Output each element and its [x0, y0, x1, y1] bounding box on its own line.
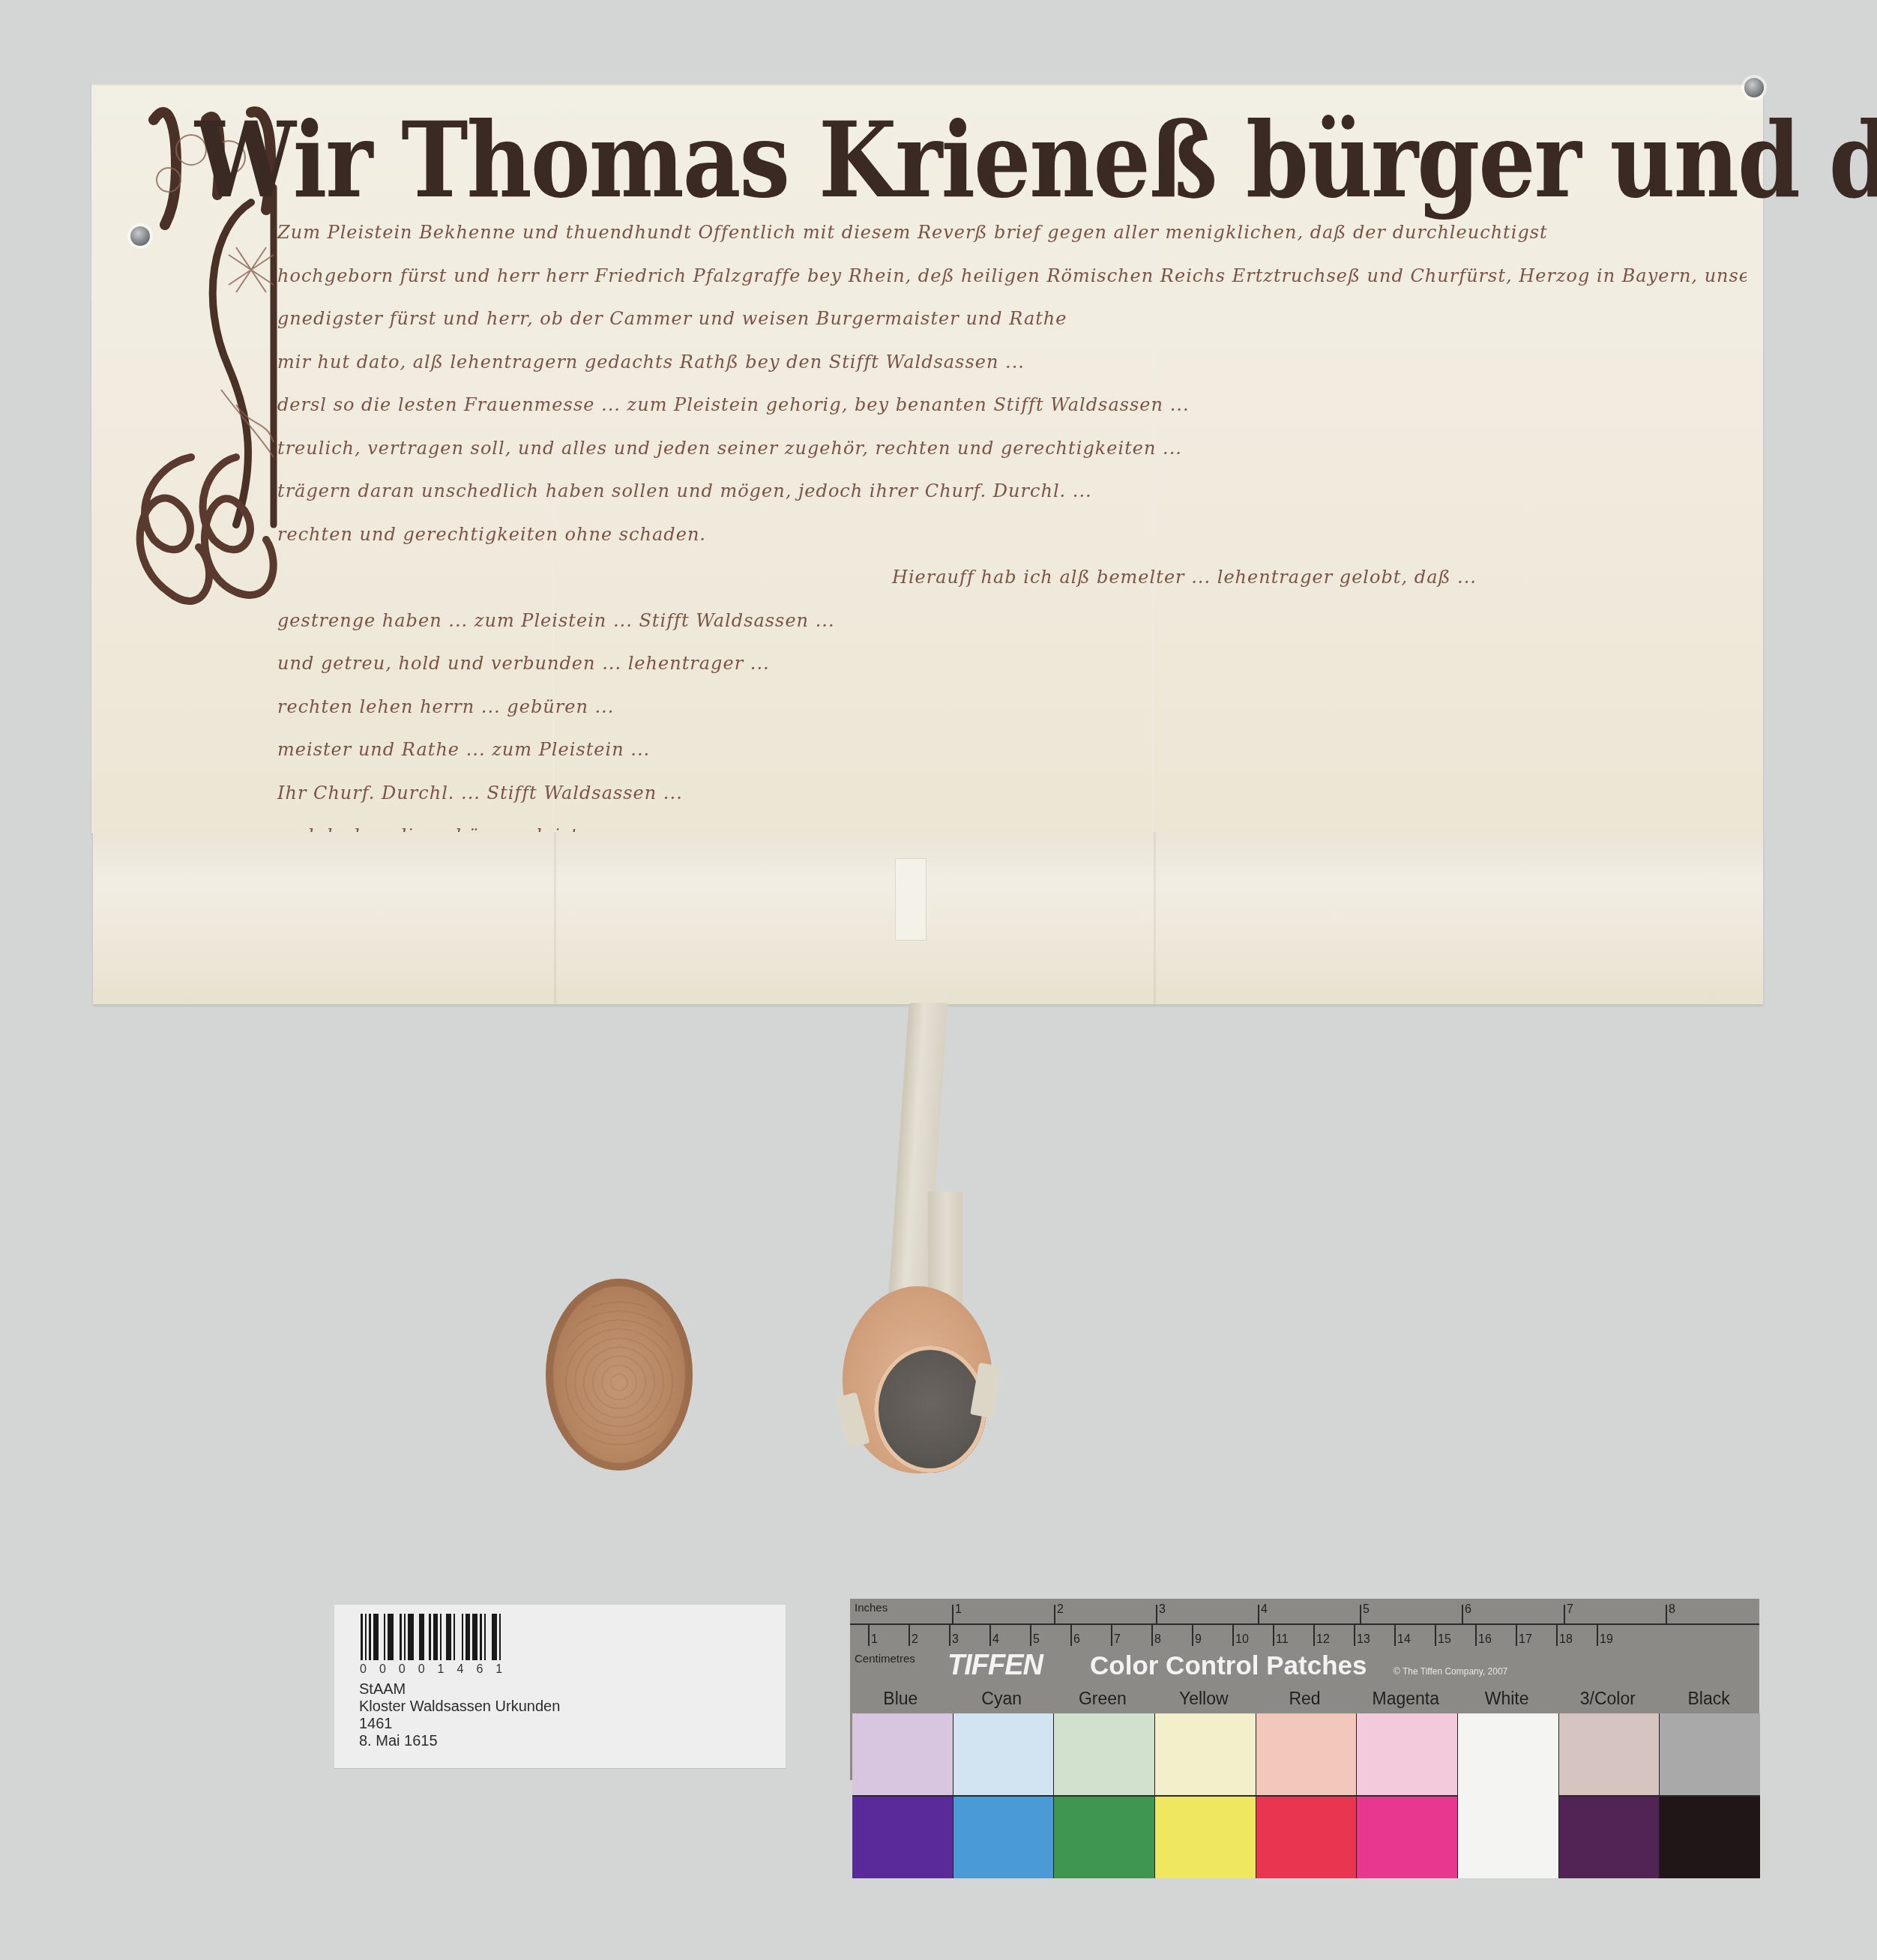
text-line: hochgeborn fürst und herr herr Friedrich…	[277, 255, 1747, 298]
inches-label: Inches	[855, 1602, 888, 1614]
patch-cyan	[953, 1713, 1055, 1878]
text-line: gestrenge haben ... zum Pleistein ... St…	[277, 600, 1747, 643]
patch-black	[1660, 1713, 1760, 1878]
text-line: rechten und gerechtigkeiten ohne schaden…	[277, 513, 1747, 557]
text-line: treulich, vertragen soll, und alles und …	[277, 427, 1747, 471]
archive-label: 00001461 StAAM Kloster Waldsassen Urkund…	[334, 1605, 786, 1768]
copyright-text: © The Tiffen Company, 2007	[1394, 1666, 1507, 1677]
patch-green	[1054, 1713, 1155, 1878]
fold-crease	[554, 832, 556, 1004]
document-date: 8. Mai 1615	[359, 1733, 560, 1750]
collection-name: Kloster Waldsassen Urkunden	[359, 1698, 560, 1716]
text-line: rechten lehen herrn ... gebüren ...	[277, 686, 1747, 729]
document-number: 1461	[359, 1716, 560, 1733]
mounting-pin	[1744, 78, 1764, 97]
archive-name: StAAM	[359, 1681, 560, 1698]
patch-white	[1458, 1713, 1559, 1878]
text-line: Hierauff hab ich alß bemelter ... lehent…	[277, 556, 1747, 600]
text-line: dersl so die lesten Frauenmesse ... zum …	[277, 384, 1747, 427]
fold-crease	[1154, 832, 1156, 1004]
text-line: und getreu, hold und verbunden ... lehen…	[277, 642, 1747, 686]
text-line: Zum Pleistein Bekhenne und thuendhundt O…	[277, 211, 1747, 255]
seal-parchment-strip	[928, 1192, 962, 1304]
text-line: Ihr Churf. Durchl. ... Stifft Waldsassen…	[277, 772, 1747, 815]
seal-strip-slot	[895, 858, 927, 941]
charter-plica-fold	[93, 832, 1763, 1004]
charter-heading: Wir Thomas Krieneß bürger und deß Rathe	[195, 105, 1754, 217]
barcode-icon	[361, 1614, 503, 1660]
tiffen-logo: TIFFEN	[947, 1650, 1043, 1682]
text-line: trägern daran unschedlich haben sollen u…	[277, 470, 1747, 513]
text-line: gnedigster fürst und herr, ob der Cammer…	[277, 298, 1747, 341]
patch-3color	[1559, 1713, 1660, 1878]
wax-seal	[874, 1345, 986, 1473]
chart-title: Color Control Patches	[1090, 1651, 1367, 1681]
patch-blue	[852, 1713, 953, 1878]
patch-yellow	[1155, 1713, 1256, 1878]
patch-magenta	[1357, 1713, 1458, 1878]
seal-box-lid	[546, 1279, 693, 1471]
patch-red	[1256, 1713, 1358, 1878]
barcode-number: 00001461	[360, 1663, 515, 1677]
color-patches	[852, 1713, 1760, 1878]
patch-labels: Blue Cyan Green Yellow Red Magenta White…	[850, 1689, 1759, 1709]
text-line: mir hut dato, alß lehentragern gedachts …	[277, 341, 1747, 385]
centimetres-label: Centimetres	[855, 1653, 915, 1665]
text-line: meister und Rathe ... zum Pleistein ...	[277, 729, 1747, 772]
